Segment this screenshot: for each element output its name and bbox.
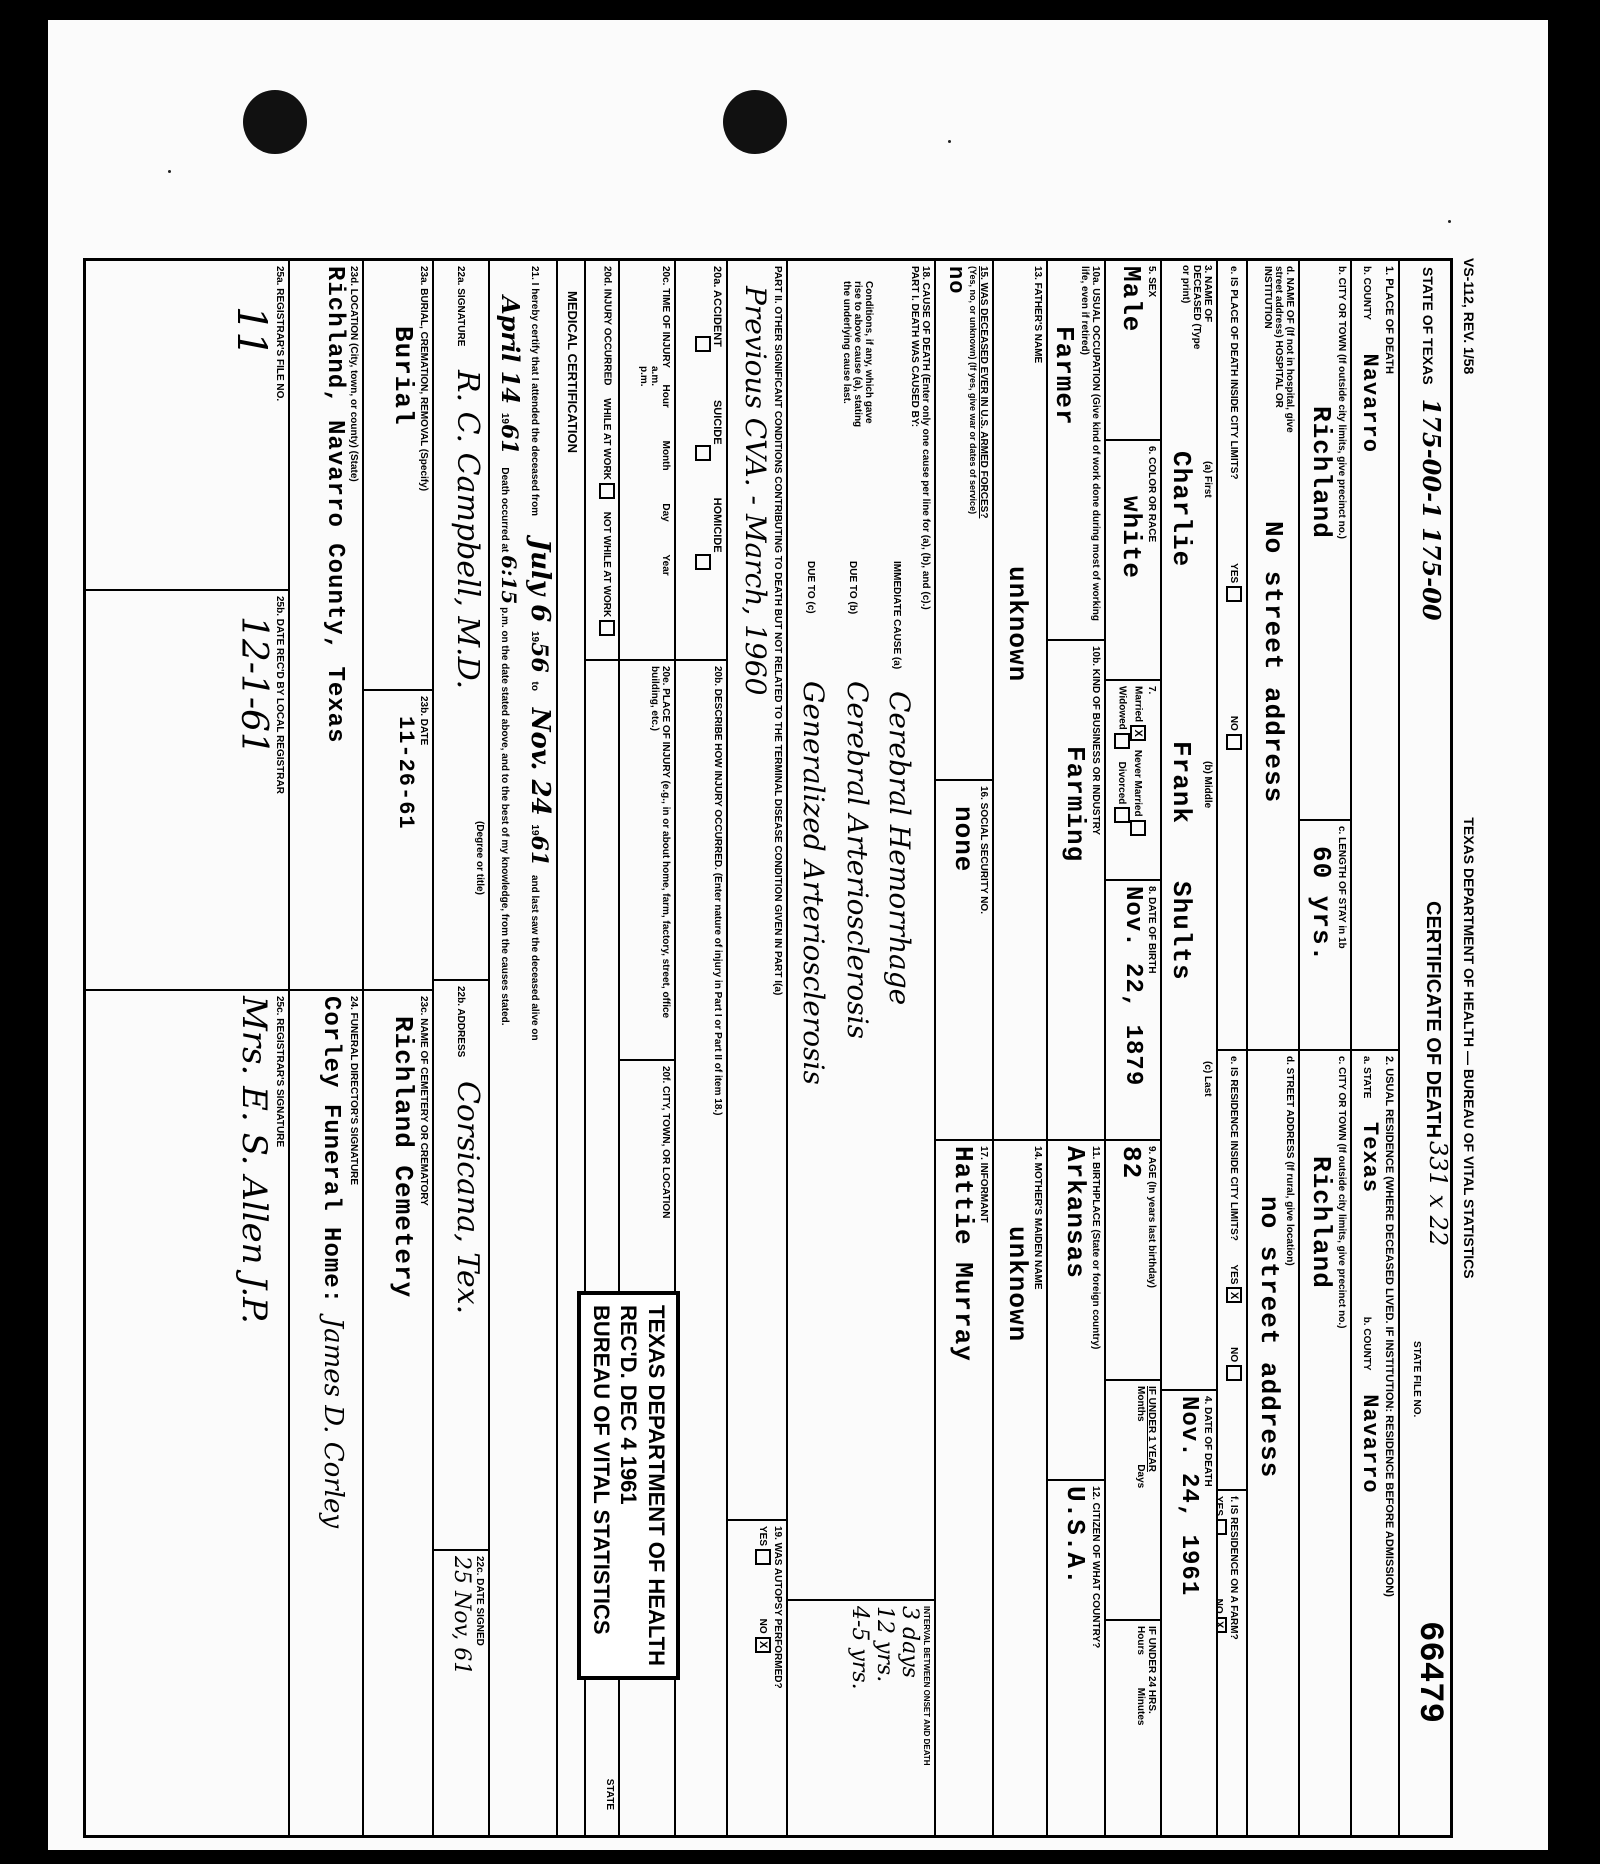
last-name: Shults [1166, 881, 1196, 981]
death-city: Richland [1306, 406, 1336, 539]
widowed-checkbox[interactable] [1114, 733, 1130, 749]
interval-c: 4-5 yrs. [847, 1606, 872, 1830]
homicide-checkbox[interactable] [695, 554, 711, 570]
funeral-director-signature[interactable]: James D. Corley [318, 1318, 348, 1528]
suicide-checkbox[interactable] [695, 445, 711, 461]
death-certificate: VS-112, REV. 1/58 TEXAS DEPARTMENT OF HE… [83, 258, 1453, 1838]
row-service: 15. WAS DECEASED EVER IN U.S. ARMED FORC… [934, 261, 992, 1835]
ssn: none [948, 806, 978, 872]
death-county: Navarro [1357, 354, 1382, 453]
scan-speck [948, 140, 951, 143]
funeral-home: Corley Funeral Home: [317, 996, 344, 1304]
burial-method: Burial [388, 326, 418, 426]
state-file-number: 66479 [1410, 1621, 1448, 1723]
row-occupation: 10a. USUAL OCCUPATION (Give kind of work… [1046, 261, 1104, 1835]
citizenship: U.S.A. [1060, 1486, 1090, 1586]
divorced-checkbox[interactable] [1114, 807, 1130, 823]
physician-address: Corsicana, Tex. [450, 1081, 485, 1314]
married-checkbox[interactable]: X [1130, 725, 1146, 741]
death-inside-city-yes-checkbox[interactable] [1226, 586, 1242, 602]
row-burial: 23a. BURIAL, CREMATION, REMOVAL (Specify… [362, 261, 432, 1835]
mother-maiden-name: unknown [1002, 1226, 1032, 1342]
state-label: STATE OF TEXAS [1420, 267, 1436, 385]
not-at-work-checkbox[interactable] [599, 620, 615, 636]
registrar-signature[interactable]: Mrs. E. S. Allen J.P. [234, 996, 274, 1324]
attended-to: Nov. 24 [525, 708, 555, 816]
row-county: 1. PLACE OF DEATH b. COUNTY Navarro 2. U… [1350, 261, 1398, 1835]
row-parents: 13. FATHER'S NAME unknown 14. MOTHER'S M… [992, 261, 1046, 1835]
residence-street: no street address [1254, 1196, 1284, 1478]
cause-due-to-c: Generalized Arteriosclerosis [797, 681, 830, 1085]
state-file-handwritten: 331 x 22 [1424, 1141, 1452, 1246]
scan-speck [1448, 220, 1451, 223]
agency-title: TEXAS DEPARTMENT OF HEALTH — BUREAU OF V… [1461, 258, 1477, 1838]
cause-due-to-b: Cerebral Arteriosclerosis [841, 681, 874, 1039]
autopsy-no-checkbox[interactable]: X [755, 1637, 771, 1653]
other-conditions: Previous CVA. - March, 1960 [739, 286, 772, 695]
punch-hole [243, 90, 307, 154]
interval-b: 12 yrs. [872, 1606, 897, 1830]
residence-state: Texas [1357, 1122, 1382, 1193]
date-of-birth: Nov. 22, 1879 [1119, 886, 1146, 1086]
while-at-work-checkbox[interactable] [599, 483, 615, 499]
farm-no-checkbox[interactable]: X [1218, 1617, 1227, 1633]
certificate-title: CERTIFICATE OF DEATH [1421, 901, 1444, 1138]
registrar-file-no: 11 [228, 306, 274, 357]
hospital-name: No street address [1258, 521, 1288, 803]
state-file-label: STATE FILE NO. [1411, 1341, 1422, 1417]
row-certify: 21. I hereby certify that I attended the… [488, 261, 558, 1835]
row-part-two: PART II. OTHER SIGNIFICANT CONDITIONS CO… [726, 261, 786, 1835]
middle-name: Frank [1166, 741, 1196, 824]
burial-date: 11-26-61 [393, 716, 418, 830]
first-name: Charlie [1166, 451, 1196, 567]
cemetery-name: Richland Cemetery [388, 1016, 418, 1298]
interval-a: 3 days [897, 1606, 922, 1830]
race: white [1116, 496, 1146, 579]
attended-from: July 6 [525, 539, 555, 622]
form-header: VS-112, REV. 1/58 TEXAS DEPARTMENT OF HE… [1457, 258, 1483, 1838]
industry: Farming [1060, 746, 1090, 862]
residence-county: Navarro [1357, 1394, 1382, 1493]
date-signed: 25 Nov, 61 [449, 1556, 474, 1675]
physician-signature[interactable]: R. C. Campbell, M.D. [450, 370, 485, 689]
title-row: STATE OF TEXAS 175-00-1 175-00 CERTIFICA… [1398, 261, 1450, 1835]
residence-city: Richland [1306, 1156, 1336, 1289]
row-cause-of-death: 18. CAUSE OF DEATH (Enter only one cause… [786, 261, 934, 1835]
attended-from-year: 56 [526, 642, 552, 673]
received-stamp: TEXAS DEPARTMENT OF HEALTH REC'D. DEC 4 … [578, 1291, 681, 1680]
row-vitals: 5. SEX Male 6. COLOR OR RACE white 7. Ma… [1104, 261, 1160, 1835]
row-physician-signature: 22a. SIGNATURE R. C. Campbell, M.D. (Deg… [432, 261, 488, 1835]
row-location: 23d. LOCATION (City, town, or county) (S… [288, 261, 362, 1835]
never-married-checkbox[interactable] [1130, 820, 1146, 836]
armed-forces: no [943, 266, 968, 294]
immediate-cause: Cerebral Hemorrhage [883, 691, 916, 1005]
burial-location: Richland, Navarro County, Texas [321, 266, 348, 743]
row-city: b. CITY OR TOWN (If outside city limits,… [1298, 261, 1350, 1835]
row-name: 3. NAME OF DECEASED (Type or print) (a) … [1160, 261, 1216, 1835]
farm-yes-checkbox[interactable] [1218, 1519, 1227, 1535]
death-time: 6:15 [497, 555, 521, 604]
residence-inside-city-no-checkbox[interactable] [1226, 1365, 1242, 1381]
punch-hole [723, 90, 787, 154]
row-address: d. NAME OF (If not in hospital, give str… [1246, 261, 1298, 1835]
father-name: unknown [1002, 566, 1032, 682]
length-of-stay: 60 yrs. [1306, 846, 1336, 962]
date-of-death: Nov. 24, 1961 [1175, 1396, 1202, 1596]
informant: Hattie Murray [948, 1146, 978, 1362]
state-handwritten: 175-00-1 175-00 [1417, 399, 1446, 621]
occupation: Farmer [1049, 326, 1079, 426]
autopsy-yes-checkbox[interactable] [755, 1549, 771, 1565]
last-saw-alive: April 14 [496, 296, 525, 404]
row-city-limits: e. IS PLACE OF DEATH INSIDE CITY LIMITS?… [1216, 261, 1246, 1835]
last-saw-year: 61 [496, 424, 522, 455]
residence-inside-city-yes-checkbox[interactable]: X [1226, 1287, 1242, 1303]
death-inside-city-no-checkbox[interactable] [1226, 734, 1242, 750]
age: 82 [1116, 1146, 1146, 1179]
scan-speck [168, 170, 171, 173]
accident-checkbox[interactable] [695, 336, 711, 352]
birthplace: Arkansas [1060, 1146, 1090, 1279]
attended-to-year: 61 [526, 836, 552, 867]
row-injury-type: 20a. ACCIDENT SUICIDE HOMICIDE 20b. DESC… [674, 261, 726, 1835]
form-grid: STATE OF TEXAS 175-00-1 175-00 CERTIFICA… [83, 258, 1453, 1838]
registrar-date: 12-1-61 [233, 616, 274, 755]
sex: Male [1116, 266, 1146, 332]
row-registrar: 25a. REGISTRAR'S FILE NO. 11 25b. DATE R… [83, 261, 288, 1835]
